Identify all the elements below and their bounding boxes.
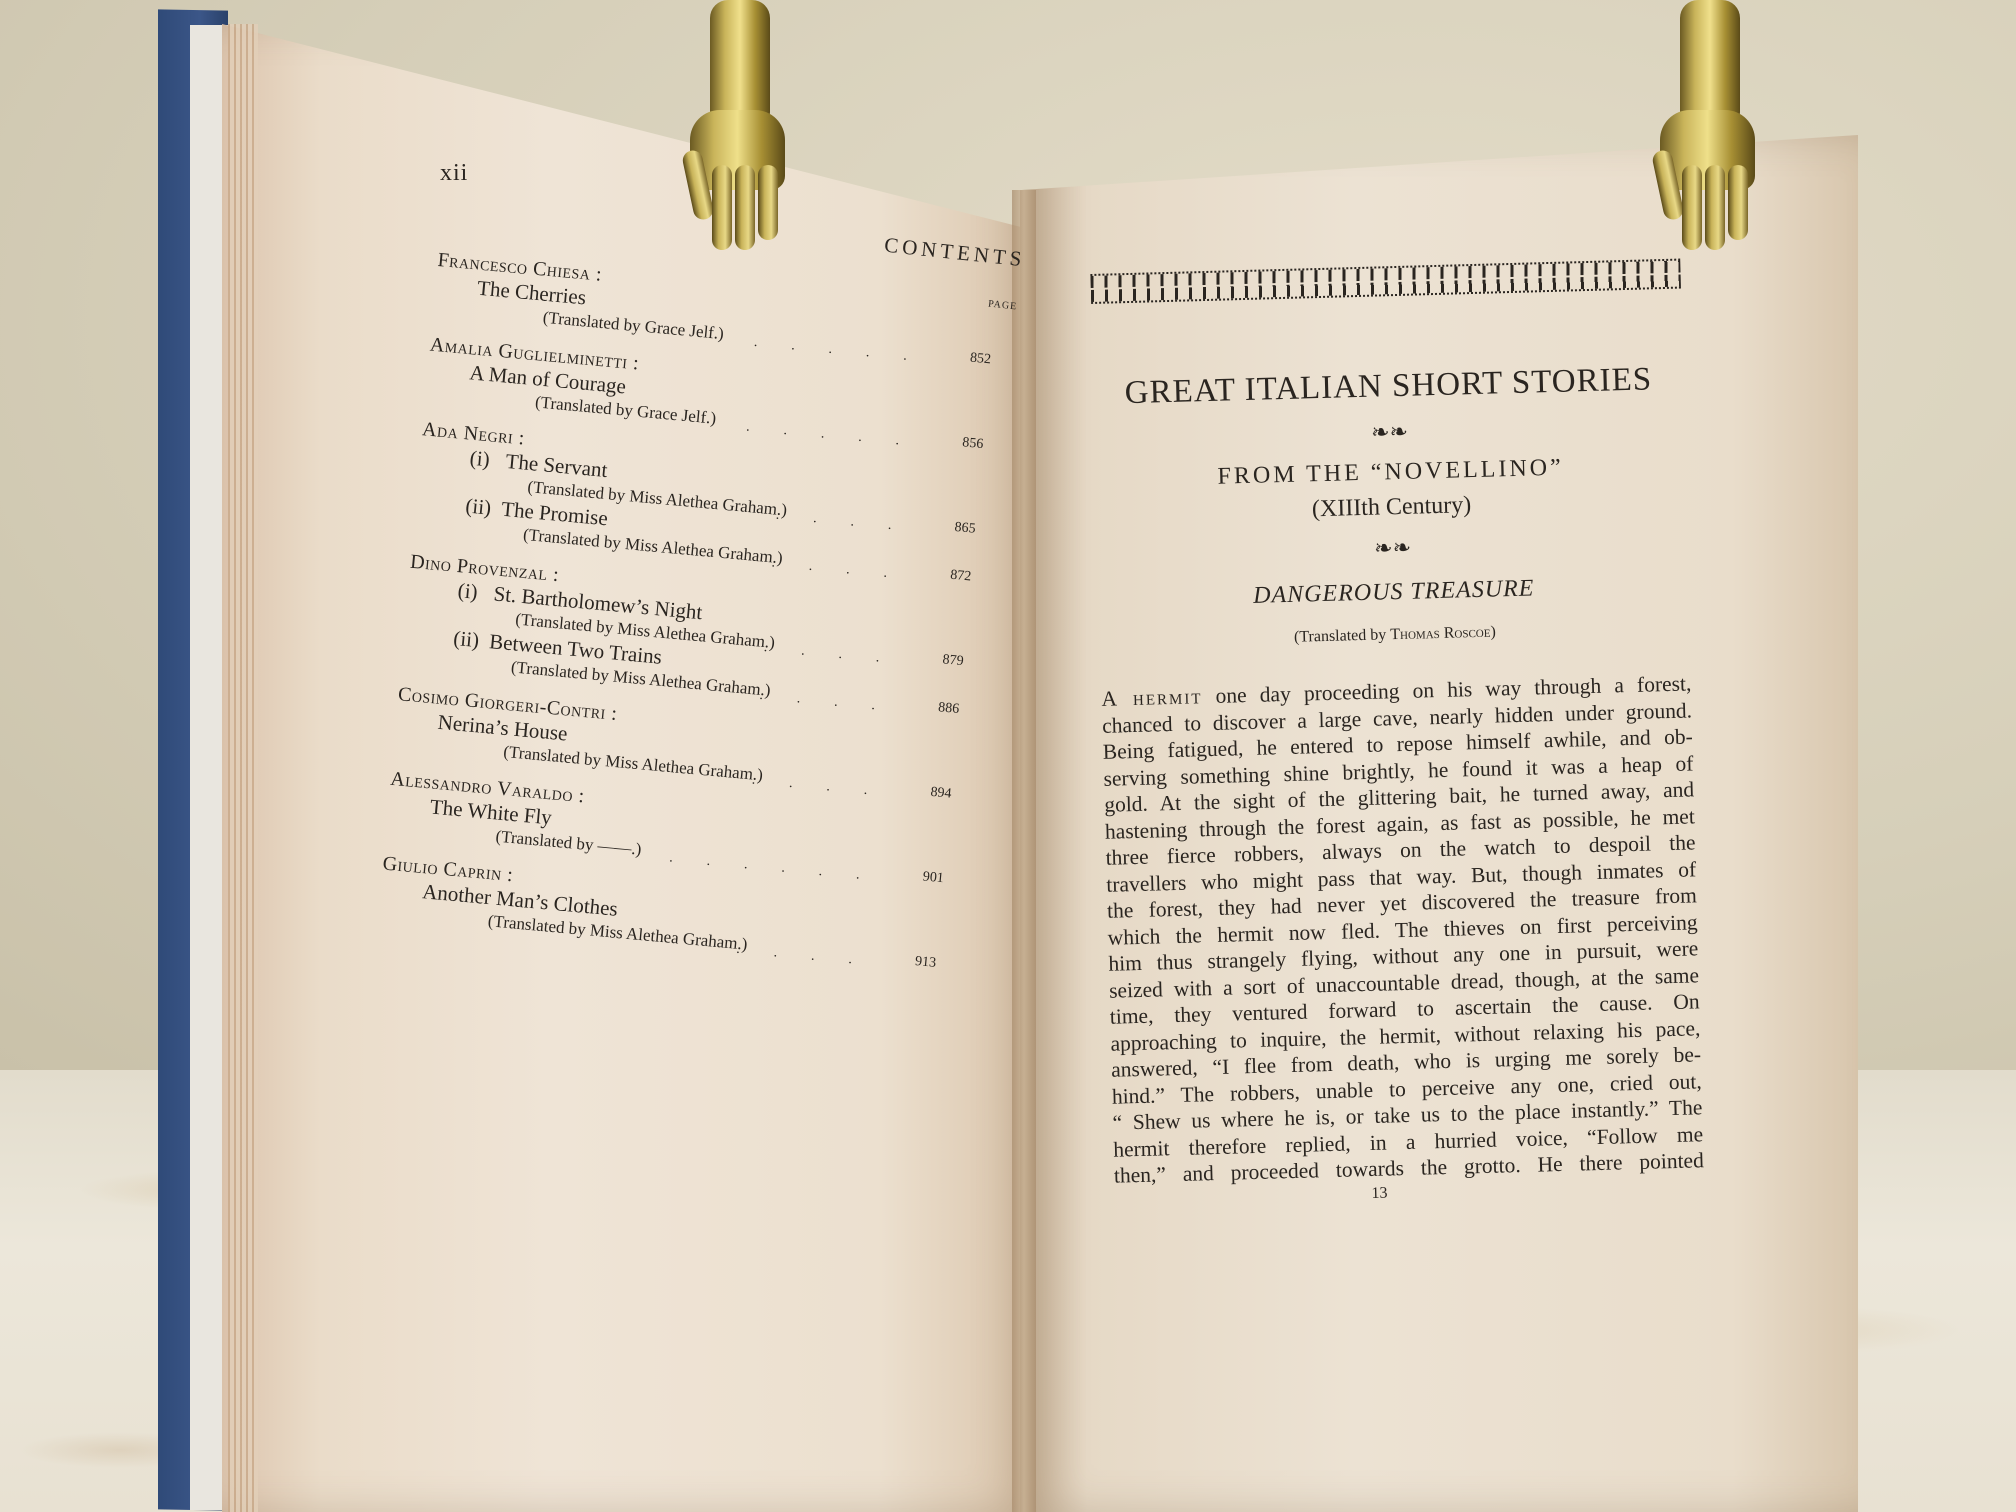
page-number: 886 [937,700,959,718]
page-number: 852 [969,351,991,369]
folio-number: xii [440,160,468,187]
page-number: 901 [922,869,944,887]
story-body: A hermit one day proceeding on his way t… [1101,670,1704,1189]
brass-hand-clip-right [1650,0,1760,250]
story-title-heading: DANGEROUS TREASURE [1099,571,1690,613]
section-heading: FROM THE “NOVELLINO” [1095,451,1686,493]
century-subheading: (XIIIth Century) [1096,486,1687,528]
contents-list: Francesco Chiesa : The Cherries (Transla… [377,235,1017,976]
page-number: 894 [930,785,952,803]
fleuron-icon: ❧❧ [1097,527,1687,568]
page-number: 913 [914,954,936,972]
page-number: 856 [962,435,984,453]
book-gutter [1012,190,1036,1512]
story-page: GREAT ITALIAN SHORT STORIES ❧❧ FROM THE … [1090,245,1705,1210]
brass-hand-clip-left [680,0,790,250]
fleuron-icon: ❧❧ [1094,411,1684,452]
page-edges [228,24,258,1512]
translator-credit: (Translated by Thomas Roscoe) [1100,618,1690,651]
page-number: 879 [942,652,964,670]
decorative-border-icon [1090,259,1681,304]
book-title: GREAT ITALIAN SHORT STORIES [1093,361,1684,413]
page-number: 872 [950,568,972,586]
page-number: 865 [954,520,976,538]
